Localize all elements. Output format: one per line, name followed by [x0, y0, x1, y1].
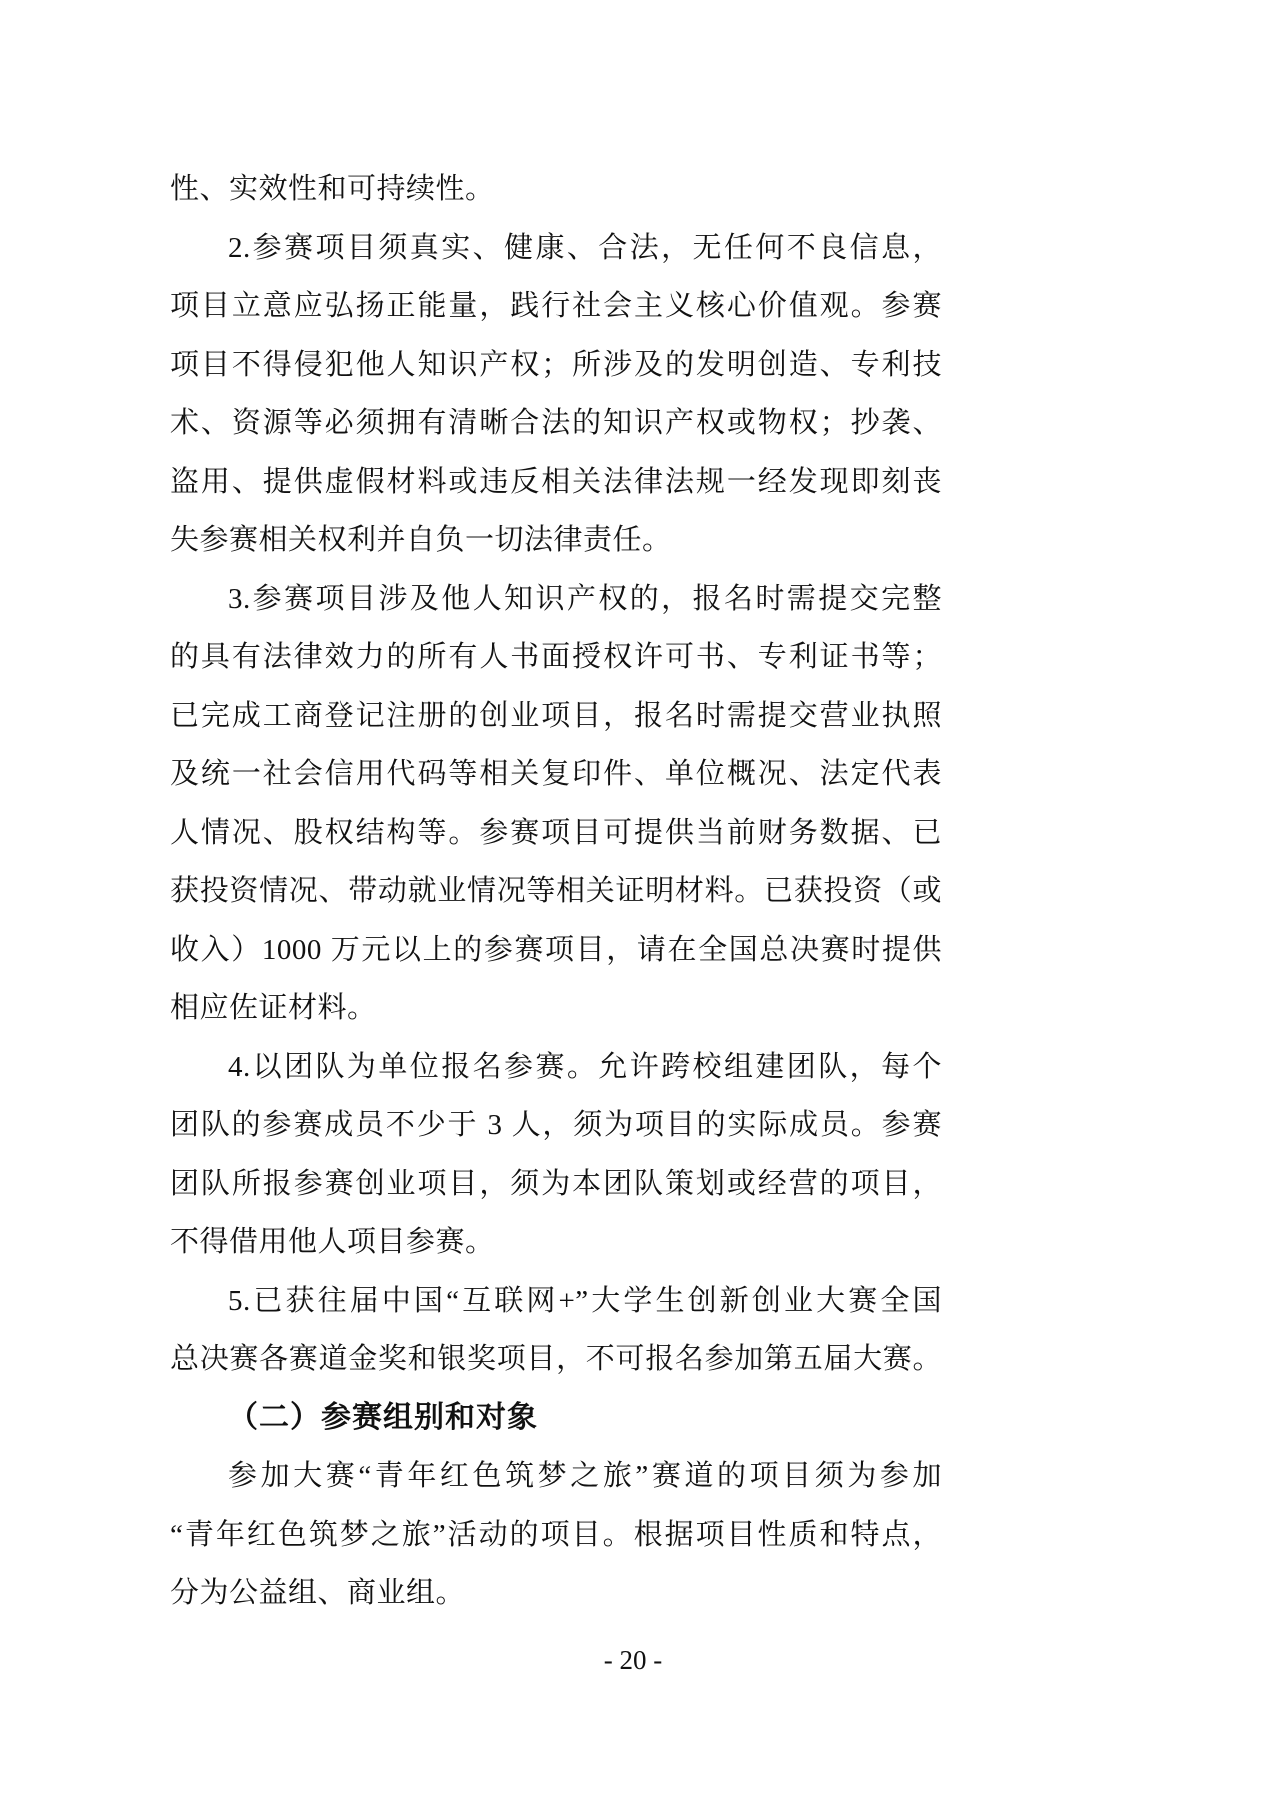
page-number: - 20 - — [0, 1645, 1266, 1676]
text-line: 项目立意应弘扬正能量，践行社会主义核心价值观。参赛 — [170, 277, 942, 336]
text-line: 分为公益组、商业组。 — [170, 1564, 942, 1623]
text-line: 术、资源等必须拥有清晰合法的知识产权或物权；抄袭、 — [170, 394, 942, 453]
text-line: “青年红色筑梦之旅”活动的项目。根据项目性质和特点， — [170, 1506, 942, 1565]
text-line: 总决赛各赛道金奖和银奖项目，不可报名参加第五届大赛。 — [170, 1330, 942, 1389]
text-line: 3.参赛项目涉及他人知识产权的，报名时需提交完整 — [170, 570, 942, 629]
text-line: 及统一社会信用代码等相关复印件、单位概况、法定代表 — [170, 745, 942, 804]
text-line: 失参赛相关权利并自负一切法律责任。 — [170, 511, 942, 570]
text-line: 的具有法律效力的所有人书面授权许可书、专利证书等； — [170, 628, 942, 687]
text-line: 不得借用他人项目参赛。 — [170, 1213, 942, 1272]
document-page: 性、实效性和可持续性。2.参赛项目须真实、健康、合法，无任何不良信息，项目立意应… — [0, 0, 1280, 1810]
text-line: 团队的参赛成员不少于 3 人，须为项目的实际成员。参赛 — [170, 1096, 942, 1155]
text-line: 相应佐证材料。 — [170, 979, 942, 1038]
text-line: 2.参赛项目须真实、健康、合法，无任何不良信息， — [170, 219, 942, 278]
text-line: 已完成工商登记注册的创业项目，报名时需提交营业执照 — [170, 687, 942, 746]
text-line: 盗用、提供虚假材料或违反相关法律法规一经发现即刻丧 — [170, 453, 942, 512]
text-line: 5.已获往届中国“互联网+”大学生创新创业大赛全国 — [170, 1272, 942, 1331]
text-line: 收入）1000 万元以上的参赛项目，请在全国总决赛时提供 — [170, 921, 942, 980]
document-body: 性、实效性和可持续性。2.参赛项目须真实、健康、合法，无任何不良信息，项目立意应… — [170, 160, 942, 1623]
text-line: 4.以团队为单位报名参赛。允许跨校组建团队，每个 — [170, 1038, 942, 1097]
text-line: 项目不得侵犯他人知识产权；所涉及的发明创造、专利技 — [170, 336, 942, 395]
text-line: 团队所报参赛创业项目，须为本团队策划或经营的项目， — [170, 1155, 942, 1214]
text-line: 人情况、股权结构等。参赛项目可提供当前财务数据、已 — [170, 804, 942, 863]
section-heading: （二）参赛组别和对象 — [170, 1389, 942, 1448]
text-line: 获投资情况、带动就业情况等相关证明材料。已获投资（或 — [170, 862, 942, 921]
text-line: 参加大赛“青年红色筑梦之旅”赛道的项目须为参加 — [170, 1447, 942, 1506]
text-line: 性、实效性和可持续性。 — [170, 160, 942, 219]
